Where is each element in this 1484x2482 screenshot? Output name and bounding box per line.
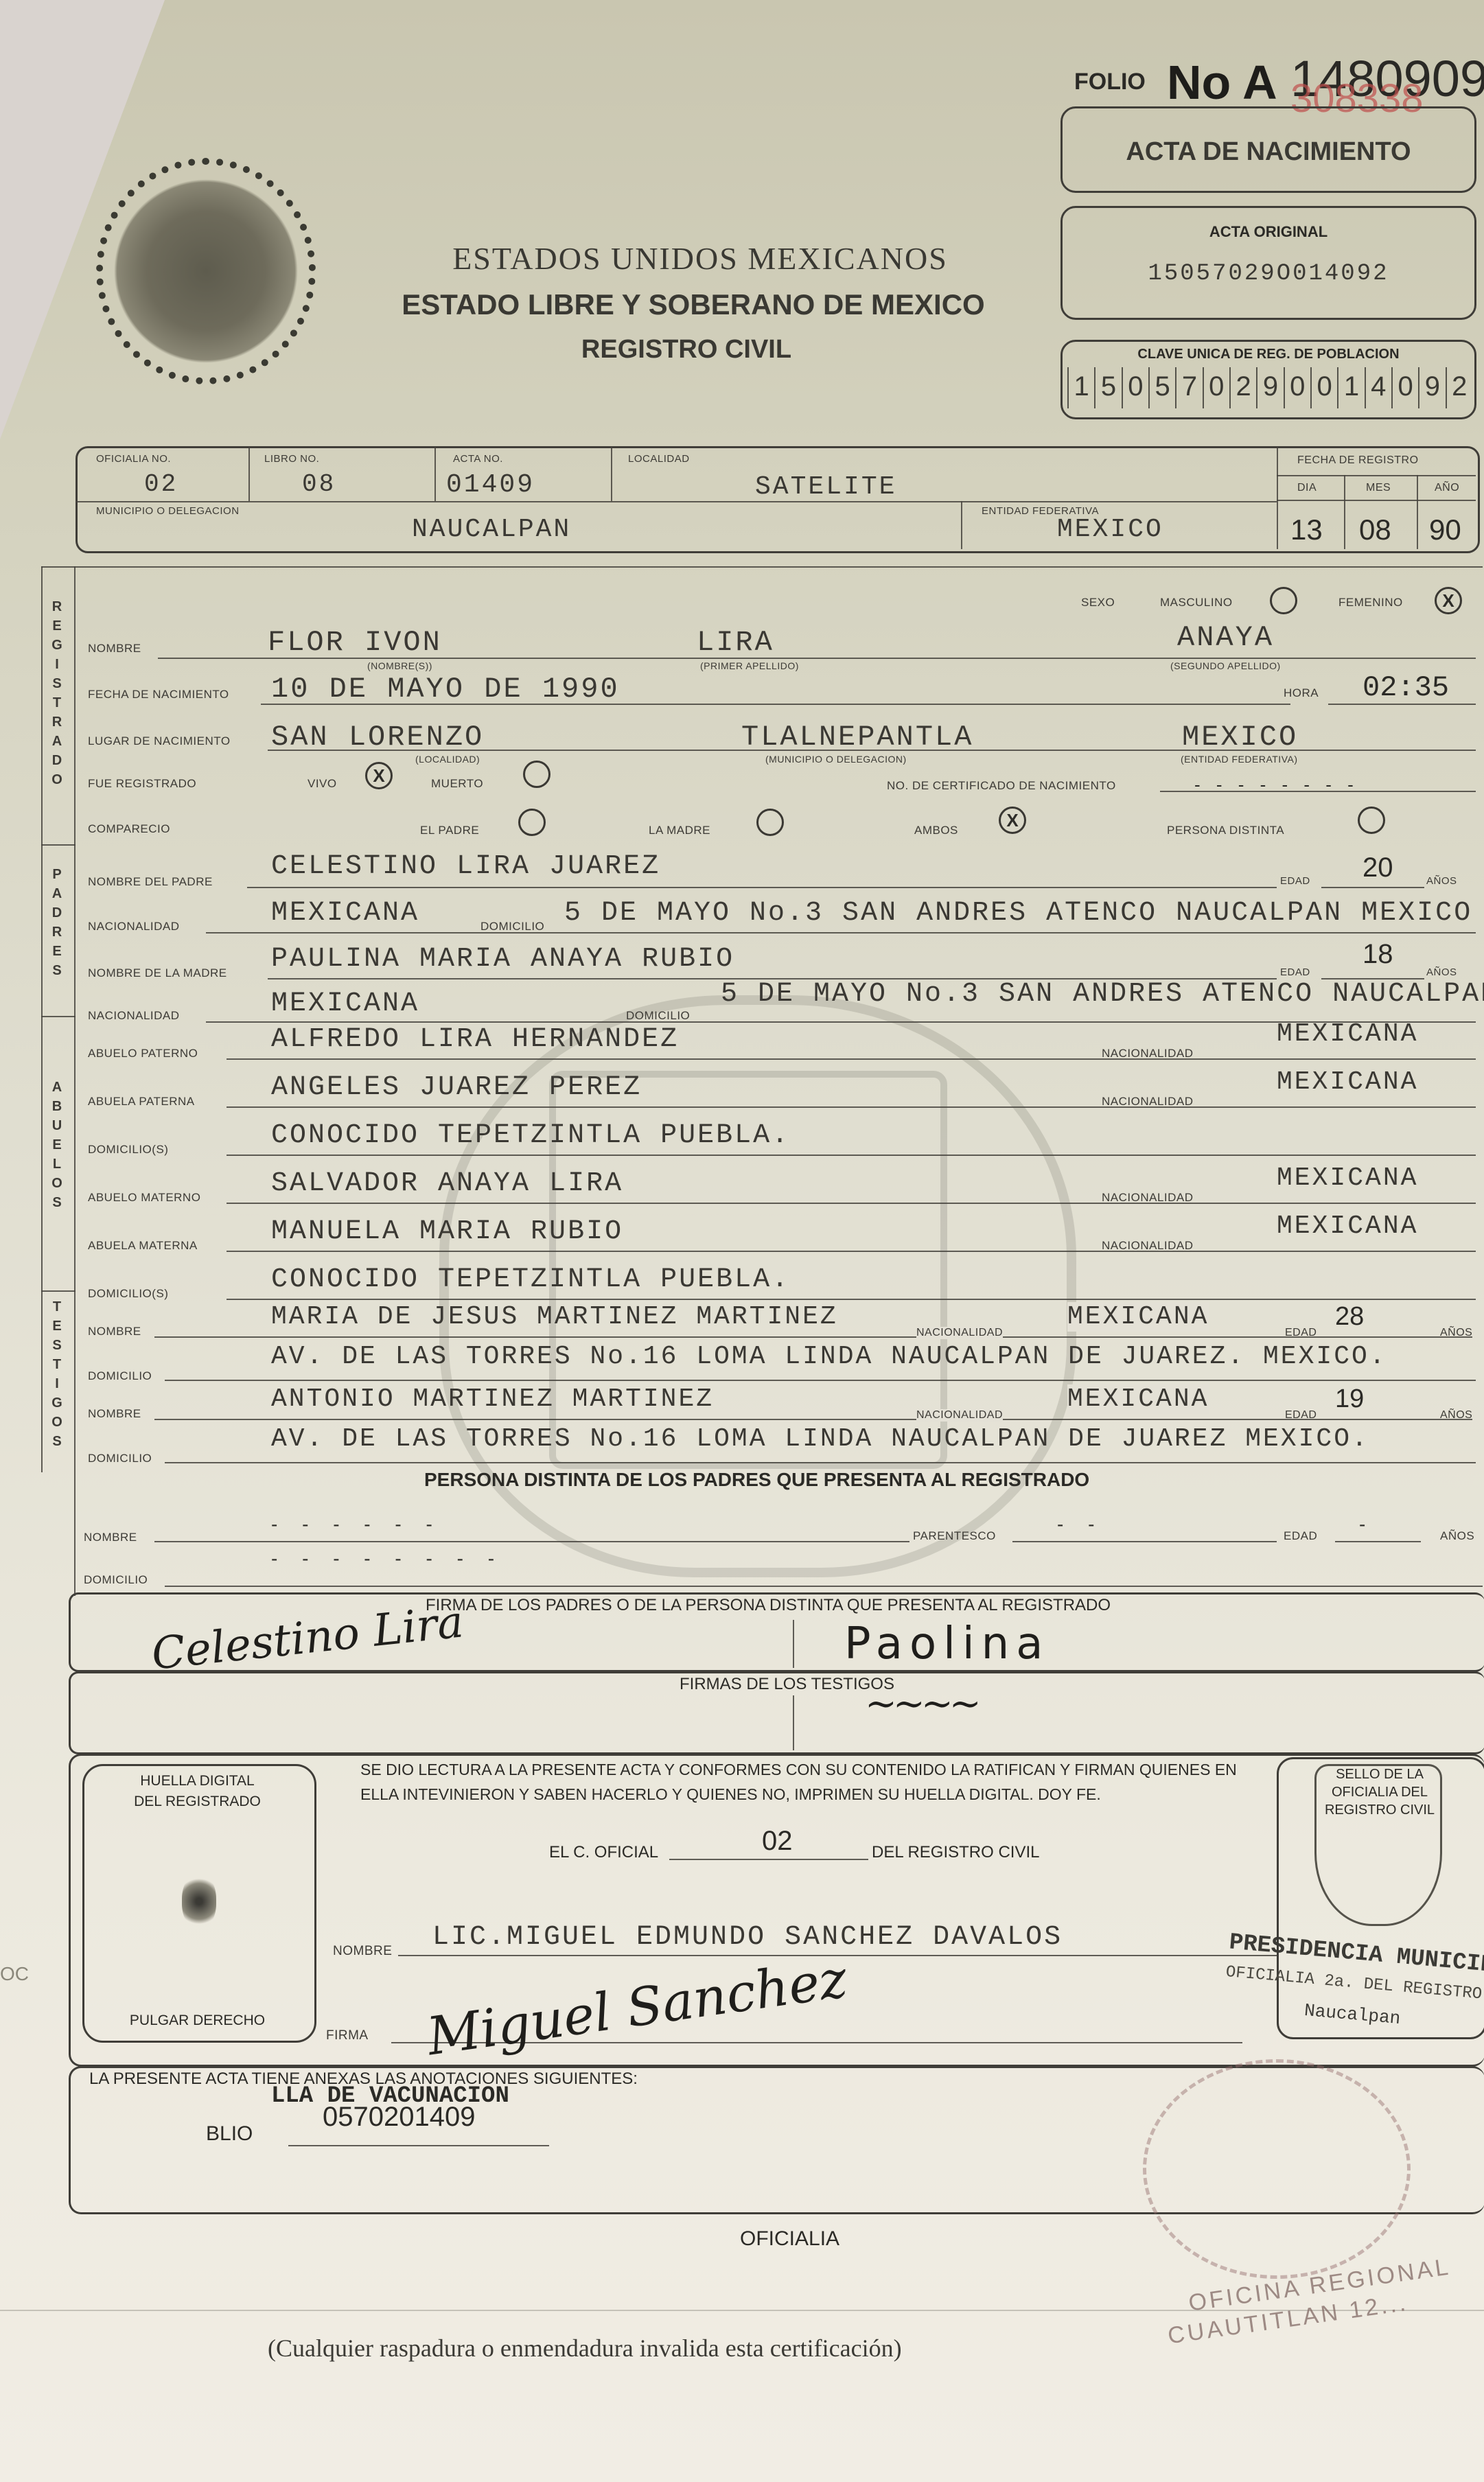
office-title: REGISTRO CIVIL bbox=[522, 335, 851, 364]
curp-digit: 0 bbox=[1122, 367, 1148, 408]
vivo-label: VIVO bbox=[308, 777, 337, 791]
anotaciones-line-2: 0570201409 bbox=[323, 2102, 475, 2133]
testigo-nacionalidad-value: MEXICANA bbox=[1067, 1384, 1209, 1414]
la-madre-label: LA MADRE bbox=[649, 824, 710, 837]
padre-label: NOMBRE DEL PADRE bbox=[88, 875, 213, 889]
pd-parentesco-label: PARENTESCO bbox=[913, 1529, 996, 1543]
abuelo-nacionalidad-value: MEXICANA bbox=[1277, 1163, 1418, 1193]
margin-text: OC bbox=[0, 1963, 29, 1985]
la-madre-radio[interactable] bbox=[756, 809, 784, 836]
row-line bbox=[154, 1336, 1472, 1338]
curp-digit: 2 bbox=[1229, 367, 1256, 408]
huella-label-line2: DEL REGISTRADO bbox=[82, 1791, 312, 1812]
fecha-nacimiento-label: FECHA DE NACIMIENTO bbox=[88, 688, 229, 701]
madre-nacionalidad-value: MEXICANA bbox=[271, 988, 419, 1019]
testigo-domicilio-label: DOMICILIO bbox=[88, 1452, 152, 1465]
anotaciones-line-3: BLIO bbox=[206, 2122, 253, 2146]
pd-nombre-label: NOMBRE bbox=[84, 1531, 137, 1544]
madre-edad-label: EDAD bbox=[1280, 966, 1310, 978]
dia-label: DIA bbox=[1297, 482, 1317, 494]
muerto-label: MUERTO bbox=[431, 777, 483, 791]
pd-nombre-value: - - - - - - bbox=[271, 1513, 442, 1535]
femenino-label: FEMENINO bbox=[1338, 596, 1403, 610]
acta-label: ACTA No. bbox=[453, 453, 503, 465]
madre-label: NOMBRE DE LA MADRE bbox=[88, 966, 227, 980]
row-line bbox=[227, 1203, 1476, 1204]
abuelo-nacionalidad-label: NACIONALIDAD bbox=[1102, 1047, 1194, 1060]
testigo-anos-label: AÑOS bbox=[1440, 1327, 1472, 1339]
section-label-abuelos: ABUELOS bbox=[45, 1078, 69, 1212]
abuelo-nacionalidad-label: NACIONALIDAD bbox=[1102, 1191, 1194, 1205]
abuelo-nacionalidad-label: NACIONALIDAD bbox=[1102, 1095, 1194, 1109]
regional-stamp-icon bbox=[1143, 2059, 1411, 2279]
firmas-padres-title: FIRMA DE LOS PADRES O DE LA PERSONA DIST… bbox=[426, 1596, 1111, 1615]
curp-digits: 150570290014092 bbox=[1067, 367, 1472, 408]
nombre-label: NOMBRE bbox=[88, 642, 141, 656]
oficial-prefix: EL C. OFICIAL bbox=[549, 1843, 658, 1862]
madre-edad-value: 18 bbox=[1363, 939, 1393, 970]
segundo-apellido-value: ANAYA bbox=[1177, 621, 1274, 654]
acta-original-label: ACTA ORIGINAL bbox=[1060, 223, 1476, 241]
row-line bbox=[165, 1462, 1476, 1463]
dia-value: 13 bbox=[1290, 513, 1323, 546]
curp-digit: 5 bbox=[1094, 367, 1121, 408]
madre-nacionalidad-label: NACIONALIDAD bbox=[88, 1009, 180, 1023]
lugar-nacimiento-label: LUGAR DE NACIMIENTO bbox=[88, 734, 231, 748]
pd-parentesco-value: - - bbox=[1057, 1513, 1104, 1535]
hora-value: 02:35 bbox=[1363, 671, 1449, 704]
oficial-nombre-value: LIC.MIGUEL EDMUNDO SANCHEZ DAVALOS bbox=[432, 1922, 1063, 1953]
localidad-label: LOCALIDAD bbox=[628, 453, 690, 465]
testigo-edad-label: EDAD bbox=[1285, 1409, 1317, 1422]
testigo-nacionalidad-label: NACIONALIDAD bbox=[916, 1409, 1003, 1422]
persona-distinta-label: PERSONA DISTINTA bbox=[1167, 824, 1284, 837]
padre-nacionalidad-value: MEXICANA bbox=[271, 898, 419, 929]
oficial-suffix: DEL REGISTRO CIVIL bbox=[872, 1843, 1040, 1862]
folio-prefix: No A bbox=[1167, 55, 1277, 110]
testigo-edad-label: EDAD bbox=[1285, 1327, 1317, 1339]
ano-value: 90 bbox=[1429, 513, 1461, 546]
el-padre-label: EL PADRE bbox=[420, 824, 479, 837]
pd-edad-label: EDAD bbox=[1284, 1529, 1317, 1543]
curp-digit: 7 bbox=[1175, 367, 1202, 408]
lugar-entidad-value: MEXICO bbox=[1182, 721, 1298, 754]
firmas-testigos-title: FIRMAS DE LOS TESTIGOS bbox=[680, 1675, 894, 1694]
masculino-label: MASCULINO bbox=[1160, 596, 1233, 610]
oficialia-footer: OFICIALIA bbox=[740, 2227, 839, 2251]
padre-value: CELESTINO LIRA JUAREZ bbox=[271, 851, 660, 882]
hora-label: HORA bbox=[1284, 686, 1319, 700]
row-line bbox=[227, 1106, 1476, 1108]
oficial-nombre-label: NOMBRE bbox=[333, 1944, 392, 1959]
padre-edad-label: EDAD bbox=[1280, 875, 1310, 887]
lugar-municipio-value: TLALNEPANTLA bbox=[741, 721, 973, 754]
madre-value: PAULINA MARIA ANAYA RUBIO bbox=[271, 944, 734, 975]
abuelo-value: ANGELES JUAREZ PEREZ bbox=[271, 1072, 642, 1103]
curp-digit: 4 bbox=[1365, 367, 1391, 408]
abuelo-label: ABUELA MATERNA bbox=[88, 1239, 198, 1253]
testigo-domicilio-label: DOMICILIO bbox=[88, 1369, 152, 1383]
persona-distinta-radio[interactable] bbox=[1358, 807, 1385, 834]
row-line bbox=[227, 1155, 1476, 1156]
curp-digit: 9 bbox=[1256, 367, 1283, 408]
testigo-anos-label: AÑOS bbox=[1440, 1409, 1472, 1422]
mexican-coat-of-arms-seal-icon bbox=[96, 158, 316, 384]
folio-label: FOLIO bbox=[1074, 69, 1146, 95]
ambos-label: AMBOS bbox=[914, 824, 958, 837]
curp-digit: 0 bbox=[1203, 367, 1229, 408]
abuelo-nacionalidad-value: MEXICANA bbox=[1277, 1067, 1418, 1097]
row-line bbox=[227, 1299, 1476, 1300]
row-line bbox=[227, 1251, 1476, 1252]
curp-digit: 9 bbox=[1418, 367, 1445, 408]
testigo-nacionalidad-value: MEXICANA bbox=[1067, 1302, 1209, 1332]
madre-domicilio-label: DOMICILIO bbox=[626, 1009, 690, 1023]
madre-signature: Paolina bbox=[844, 1619, 1050, 1669]
document-type: ACTA DE NACIMIENTO bbox=[1060, 137, 1476, 167]
certificacion-text: SE DIO LECTURA A LA PRESENTE ACTA Y CONF… bbox=[360, 1757, 1239, 1807]
abuelo-nacionalidad-value: MEXICANA bbox=[1277, 1211, 1418, 1241]
madre-anos-label: AÑOS bbox=[1426, 966, 1457, 978]
huella-label-line1: HUELLA DIGITAL bbox=[82, 1771, 312, 1791]
section-label-padres: PADRES bbox=[45, 865, 69, 980]
section-label-testigos: TESTIGOS bbox=[45, 1297, 69, 1451]
certificado-label: No. DE CERTIFICADO DE NACIMIENTO bbox=[887, 779, 1116, 793]
localidad-value: SATELITE bbox=[755, 472, 896, 502]
pd-domicilio-label: DOMICILIO bbox=[84, 1573, 148, 1587]
acta-value: 01409 bbox=[446, 470, 535, 500]
testigo-domicilio-value: AV. DE LAS TORRES No.16 LOMA LINDA NAUCA… bbox=[271, 1424, 1369, 1454]
comparecio-label: COMPARECIO bbox=[88, 822, 170, 836]
libro-label: LIBRO No. bbox=[264, 453, 319, 465]
curp-digit: 0 bbox=[1284, 367, 1310, 408]
pd-anos-label: AÑOS bbox=[1440, 1529, 1474, 1543]
muerto-radio[interactable] bbox=[523, 761, 550, 788]
testigo-nacionalidad-label: NACIONALIDAD bbox=[916, 1327, 1003, 1339]
oficial-value: 02 bbox=[762, 1826, 793, 1857]
testigo-nombre-value: MARIA DE JESUS MARTINEZ MARTINEZ bbox=[271, 1302, 838, 1332]
curp-digit: 0 bbox=[1310, 367, 1337, 408]
lugar-localidad-value: SAN LORENZO bbox=[271, 721, 484, 754]
fecha-nacimiento-value: 10 DE MAYO DE 1990 bbox=[271, 673, 620, 706]
abuelo-nacionalidad-label: NACIONALIDAD bbox=[1102, 1239, 1194, 1253]
curp-digit: 5 bbox=[1148, 367, 1175, 408]
row-line bbox=[165, 1380, 1476, 1381]
municipio-value: NAUCALPAN bbox=[412, 515, 571, 544]
mes-value: 08 bbox=[1359, 513, 1391, 546]
sexo-label: SEXO bbox=[1081, 596, 1115, 610]
testigo-nombre-label: NOMBRE bbox=[88, 1325, 141, 1338]
fue-registrado-label: FUE REGISTRADO bbox=[88, 777, 196, 791]
fecha-registro-label: FECHA DE REGISTRO bbox=[1297, 454, 1419, 467]
nombres-value: FLOR IVON bbox=[268, 626, 442, 659]
ambos-radio-checked[interactable]: X bbox=[999, 807, 1026, 834]
libro-value: 08 bbox=[302, 470, 336, 498]
oficialia-value: 02 bbox=[144, 470, 178, 498]
abuelo-value: CONOCIDO TEPETZINTLA PUEBLA. bbox=[271, 1120, 790, 1151]
entidad-value: MEXICO bbox=[1057, 515, 1163, 544]
abuelo-label: ABUELO MATERNO bbox=[88, 1191, 200, 1205]
country-title: ESTADOS UNIDOS MEXICANOS bbox=[384, 240, 1016, 277]
primer-apellido-caption: (PRIMER APELLIDO) bbox=[700, 660, 799, 671]
padre-domicilio-value: 5 DE MAYO No.3 SAN ANDRES ATENCO NAUCALP… bbox=[564, 898, 1472, 929]
lugar-municipio-caption: (MUNICIPIO O DELEGACION) bbox=[765, 754, 907, 765]
fingerprint-icon bbox=[182, 1874, 216, 1929]
oficial-firma-label: FIRMA bbox=[326, 2028, 369, 2043]
abuelo-value: CONOCIDO TEPETZINTLA PUEBLA. bbox=[271, 1264, 790, 1295]
testigo-signature: ~~~~ bbox=[865, 1682, 977, 1726]
lugar-localidad-caption: (LOCALIDAD) bbox=[415, 754, 480, 765]
padre-anos-label: AÑOS bbox=[1426, 875, 1457, 887]
pd-domicilio-value: - - - - - - - - bbox=[271, 1548, 504, 1570]
abuelo-label: ABUELA PATERNA bbox=[88, 1095, 195, 1109]
padre-edad-value: 20 bbox=[1363, 853, 1393, 883]
row-line bbox=[154, 1419, 1472, 1420]
nombres-caption: (NOMBRE(S)) bbox=[367, 660, 432, 671]
abuelo-label: DOMICILIO(S) bbox=[88, 1287, 168, 1301]
testigo-nombre-label: NOMBRE bbox=[88, 1407, 141, 1421]
primer-apellido-value: LIRA bbox=[697, 626, 774, 659]
row-line bbox=[227, 1058, 1476, 1060]
municipio-label: MUNICIPIO O DELEGACION bbox=[96, 505, 240, 517]
huella-label: HUELLA DIGITAL DEL REGISTRADO bbox=[82, 1771, 312, 1812]
abuelo-value: MANUELA MARIA RUBIO bbox=[271, 1216, 623, 1247]
curp-digit: 1 bbox=[1337, 367, 1364, 408]
state-title: ESTADO LIBRE Y SOBERANO DE MEXICO bbox=[357, 288, 1030, 321]
certificado-value: - - - - - - - - bbox=[1194, 774, 1359, 796]
testigo-edad-value: 19 bbox=[1335, 1384, 1364, 1414]
section-label-registrado: REGISTRADO bbox=[45, 597, 69, 789]
pulgar-label: PULGAR DERECHO bbox=[82, 2013, 312, 2029]
segundo-apellido-caption: (SEGUNDO APELLIDO) bbox=[1170, 660, 1281, 671]
abuelo-value: SALVADOR ANAYA LIRA bbox=[271, 1168, 623, 1199]
sello-label: SELLO DE LA OFICIALIA DEL REGISTRO CIVIL bbox=[1321, 1765, 1438, 1819]
testigo-edad-value: 28 bbox=[1335, 1302, 1364, 1332]
padre-nacionalidad-label: NACIONALIDAD bbox=[88, 920, 180, 933]
lugar-entidad-caption: (ENTIDAD FEDERATIVA) bbox=[1181, 754, 1298, 765]
vivo-radio-checked[interactable]: X bbox=[365, 762, 393, 789]
acta-original-value: 15057029O014092 bbox=[1060, 261, 1476, 287]
testigo-nombre-value: ANTONIO MARTINEZ MARTINEZ bbox=[271, 1384, 714, 1414]
ano-label: AÑO bbox=[1435, 482, 1459, 494]
pd-edad-value: - bbox=[1359, 1513, 1365, 1535]
testigo-domicilio-value: AV. DE LAS TORRES No.16 LOMA LINDA NAUCA… bbox=[271, 1342, 1387, 1371]
disclaimer: (Cualquier raspadura o enmendadura inval… bbox=[268, 2334, 902, 2363]
padre-domicilio-label: DOMICILIO bbox=[480, 920, 544, 933]
persona-distinta-title: PERSONA DISTINTA DE LOS PADRES QUE PRESE… bbox=[424, 1469, 1089, 1491]
abuelo-value: ALFREDO LIRA HERNANDEZ bbox=[271, 1024, 679, 1055]
curp-digit: 0 bbox=[1391, 367, 1418, 408]
masculino-radio[interactable] bbox=[1270, 587, 1297, 614]
abuelo-label: ABUELO PATERNO bbox=[88, 1047, 198, 1060]
birth-certificate: ESTADOS UNIDOS MEXICANOS ESTADO LIBRE Y … bbox=[0, 0, 1484, 2482]
femenino-radio-checked[interactable]: X bbox=[1435, 587, 1462, 614]
curp-digit: 1 bbox=[1067, 367, 1094, 408]
madre-domicilio-value: 5 DE MAYO No.3 SAN ANDRES ATENCO NAUCALP… bbox=[721, 979, 1484, 1010]
abuelo-label: DOMICILIO(S) bbox=[88, 1143, 168, 1157]
curp-digit: 2 bbox=[1446, 367, 1472, 408]
curp-label: CLAVE UNICA DE REG. DE POBLACION bbox=[1060, 347, 1476, 362]
el-padre-radio[interactable] bbox=[518, 809, 546, 836]
mes-label: MES bbox=[1366, 482, 1391, 494]
oficialia-label: OFICIALIA No. bbox=[96, 453, 171, 465]
abuelo-nacionalidad-value: MEXICANA bbox=[1277, 1019, 1418, 1049]
